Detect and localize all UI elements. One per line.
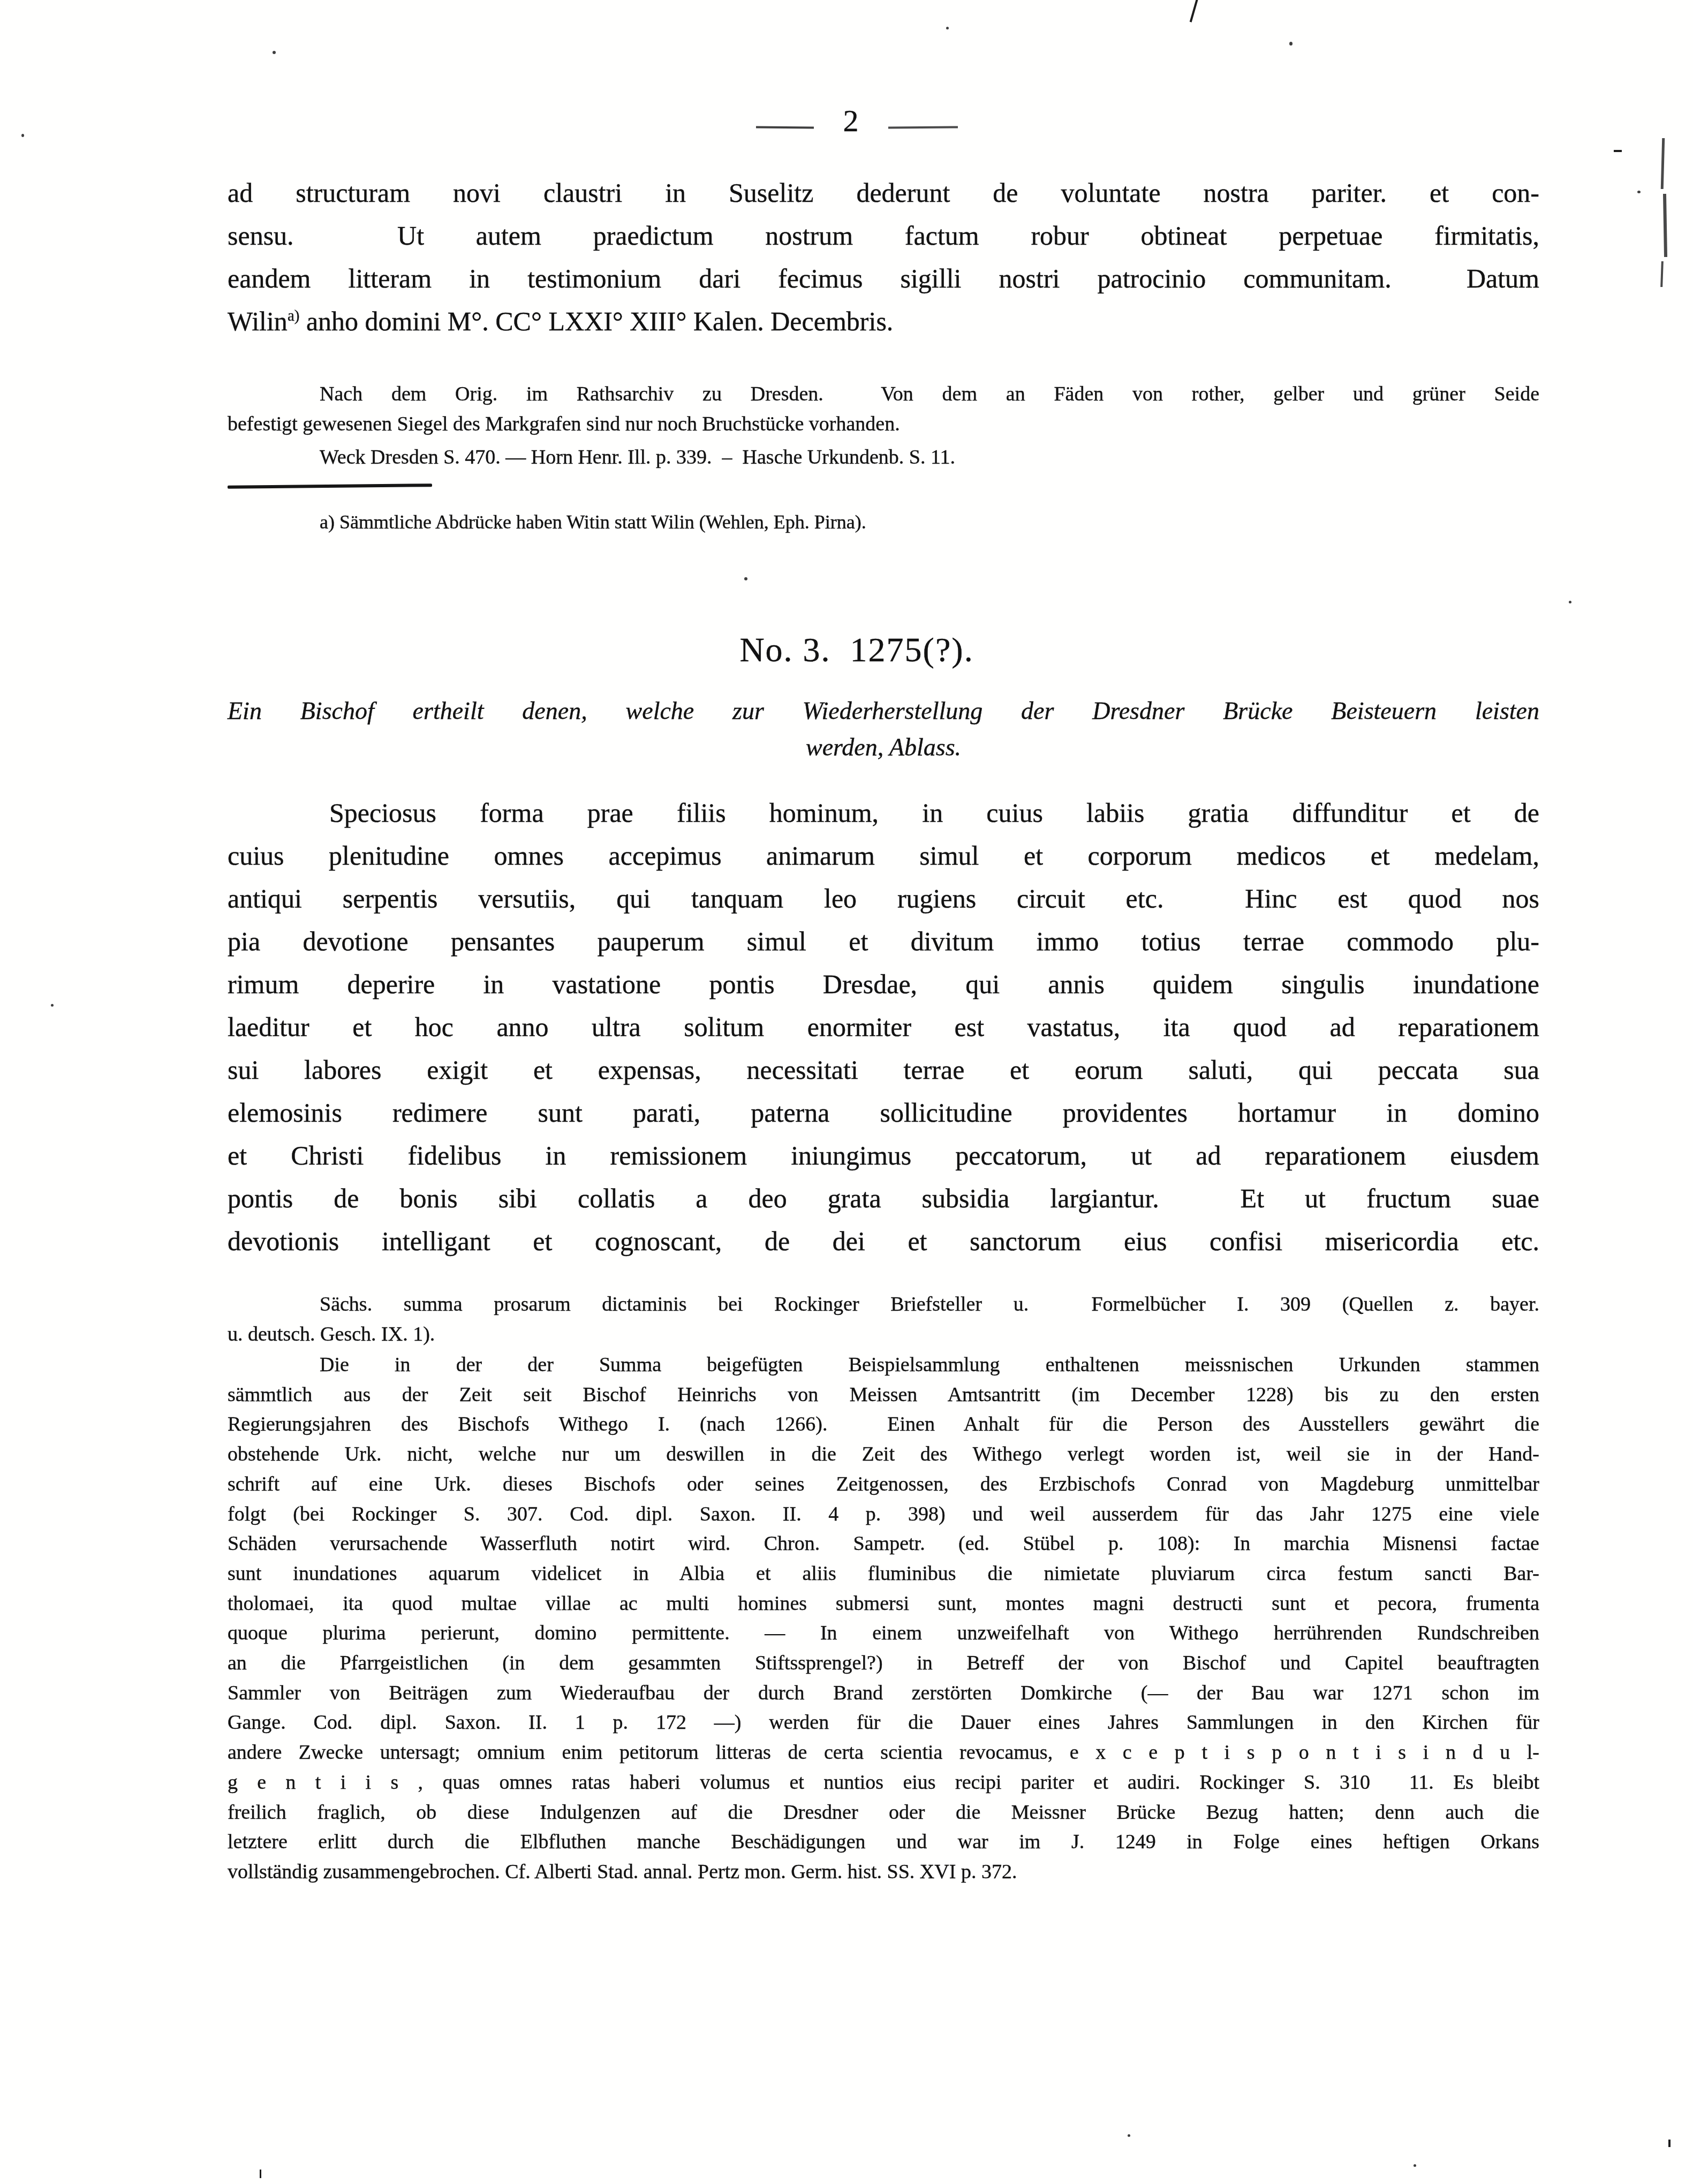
scan-speck	[1569, 601, 1571, 603]
scan-edge-streak	[1663, 194, 1667, 257]
text-line: Schäden verursachende Wasserfluth notirt…	[228, 1529, 1539, 1559]
text-line: sunt inundationes aquarum videlicet in A…	[228, 1559, 1539, 1589]
text-line: Gange. Cod. dipl. Saxon. II. 1 p. 172 —)…	[228, 1708, 1539, 1738]
entry3-heading: No. 3. 1275(?).	[228, 628, 1486, 672]
folio-rule-right	[888, 126, 957, 129]
text-line: et Christi fidelibus in remissionem iniu…	[228, 1134, 1539, 1177]
entry2-literature: Weck Dresden S. 470. — Horn Henr. Ill. p…	[228, 442, 1539, 472]
text-line: laeditur et hoc anno ultra solitum enorm…	[228, 1006, 1539, 1048]
text-line: sensu. Ut autem praedictum nostrum factu…	[228, 214, 1539, 257]
entry3-text: Speciosus forma prae filiis hominum, in …	[228, 791, 1539, 1263]
text-line: antiqui serpentis versutiis, qui tanquam…	[228, 877, 1539, 920]
text-line: Weck Dresden S. 470. — Horn Henr. Ill. p…	[228, 442, 1539, 472]
entry2-dateline: Wilina) anho domini M°. CC° LXXI° XIII° …	[228, 300, 1539, 343]
text-line: a) Sämmtliche Abdrücke haben Witin statt…	[228, 508, 1539, 536]
footnote-rule	[228, 483, 432, 489]
text-line: Ein Bischof ertheilt denen, welche zur W…	[228, 693, 1539, 729]
entry3-source: Sächs. summa prosarum dictaminis bei Roc…	[228, 1289, 1539, 1349]
scan-tick	[260, 2170, 261, 2178]
text-line: Sammler von Beiträgen zum Wiederaufbau d…	[228, 1679, 1539, 1709]
text-line: devotionis intelligant et cognoscant, de…	[228, 1220, 1539, 1263]
text-line: g e n t i i s , quas omnes ratas haberi …	[228, 1768, 1539, 1798]
text-line: rimum deperire in vastatione pontis Dres…	[228, 963, 1539, 1006]
text-line: pontis de bonis sibi collatis a deo grat…	[228, 1177, 1539, 1220]
entry3-regest: Ein Bischof ertheilt denen, welche zur W…	[228, 693, 1539, 766]
text-line: folgt (bei Rockinger S. 307. Cod. dipl. …	[228, 1500, 1539, 1530]
text-line: Nach dem Orig. im Rathsarchiv zu Dresden…	[228, 379, 1539, 409]
text-line: Sächs. summa prosarum dictaminis bei Roc…	[228, 1289, 1539, 1319]
text-line: an die Pfarrgeistlichen (in dem gesammte…	[228, 1649, 1539, 1679]
text-line: quoque plurima perierunt, domino permitt…	[228, 1619, 1539, 1649]
text-line: schrift auf eine Urk. dieses Bischofs od…	[228, 1470, 1539, 1500]
entry3-heading-text: No. 3. 1275(?).	[228, 628, 1486, 672]
scan-speck	[946, 27, 949, 29]
page-number: 2	[843, 105, 859, 137]
text-line: cuius plenitudine omnes accepimus animar…	[228, 834, 1539, 877]
folio-header: 2	[228, 105, 1486, 137]
text-line: werden, Ablass.	[228, 729, 1539, 766]
entry2-continuation: ad structuram novi claustri in Suselitz …	[228, 171, 1539, 300]
scan-speck	[21, 134, 24, 137]
text-line: letztere erlitt durch die Elbfluthen man…	[228, 1827, 1539, 1857]
text-line: befestigt gewesenen Siegel des Markgrafe…	[228, 409, 1539, 439]
text-line: obstehende Urk. nicht, welche nur um des…	[228, 1440, 1539, 1470]
scanned-page: 2 ad structuram novi claustri in Suselit…	[0, 0, 1693, 2184]
text-line: Speciosus forma prae filiis hominum, in …	[228, 791, 1539, 834]
scan-speck	[1414, 2164, 1416, 2167]
text-line: tholomaei, ita quod multae villae ac mul…	[228, 1589, 1539, 1619]
text-line: pia devotione pensantes pauperum simul e…	[228, 920, 1539, 963]
dateline-post: anho domini M°. CC° LXXI° XIII° Kalen. D…	[299, 306, 893, 336]
text-line: eandem litteram in testimonium dari feci…	[228, 257, 1539, 300]
text-line: andere Zwecke untersagt; omnium enim pet…	[228, 1738, 1539, 1768]
scan-slash-mark	[1190, 0, 1199, 22]
scan-tick	[1614, 150, 1622, 152]
scan-speck	[1128, 2134, 1130, 2137]
text-line: u. deutsch. Gesch. IX. 1).	[228, 1319, 1539, 1349]
scan-speck	[1289, 42, 1293, 46]
text-line: elemosinis redimere sunt parati, paterna…	[228, 1091, 1539, 1134]
scan-speck	[51, 1004, 54, 1007]
folio-rule-left	[755, 126, 813, 129]
text-line: freilich fraglich, ob diese Indulgenzen …	[228, 1798, 1539, 1828]
text-line: sui labores exigit et expensas, necessit…	[228, 1048, 1539, 1091]
scan-speck	[273, 51, 276, 54]
footnote-ref-a: a)	[288, 307, 300, 324]
scan-edge-streak	[1661, 138, 1665, 189]
scan-speck	[1637, 191, 1641, 193]
scan-tick	[1668, 2140, 1671, 2147]
entry3-commentary: Die in der der Summa beigefügten Beispie…	[228, 1350, 1539, 1887]
dateline-pre: Wilin	[228, 306, 288, 336]
text-line: Die in der der Summa beigefügten Beispie…	[228, 1350, 1539, 1380]
scan-edge-streak	[1660, 261, 1664, 287]
entry2-footnote: a) Sämmtliche Abdrücke haben Witin statt…	[228, 508, 1539, 536]
entry2-provenance: Nach dem Orig. im Rathsarchiv zu Dresden…	[228, 379, 1539, 439]
text-line: vollständig zusammengebrochen. Cf. Alber…	[228, 1857, 1539, 1887]
dateline-text: Wilina) anho domini M°. CC° LXXI° XIII° …	[228, 300, 1539, 343]
text-line: sämmtlich aus der Zeit seit Bischof Hein…	[228, 1380, 1539, 1410]
scan-speck	[744, 577, 747, 580]
text-line: ad structuram novi claustri in Suselitz …	[228, 171, 1539, 214]
text-line: Regierungsjahren des Bischofs Withego I.…	[228, 1410, 1539, 1440]
